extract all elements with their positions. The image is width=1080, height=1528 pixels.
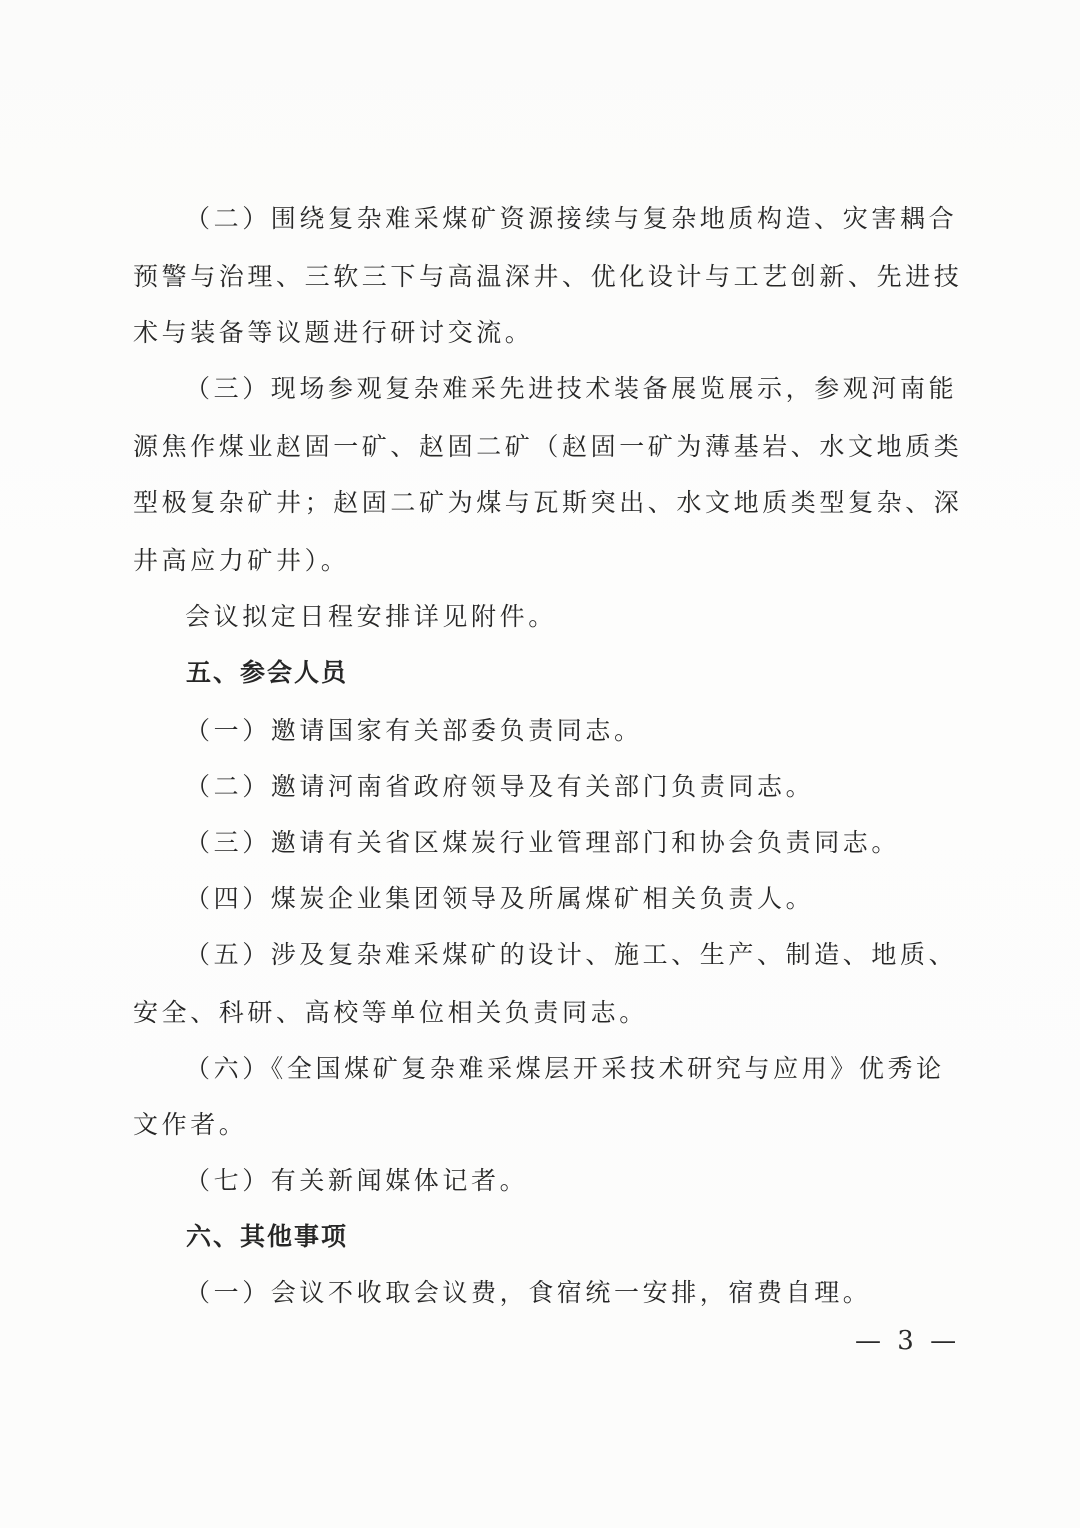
- attendee-item-6-line-1: （六）《全国煤矿复杂难采煤层开采技术研究与应用》优秀论: [185, 1054, 985, 1084]
- page-number: — 3 —: [855, 1326, 960, 1356]
- section-heading-attendees: 五、参会人员: [186, 658, 986, 688]
- attendee-item-4: （四）煤炭企业集团领导及所属煤矿相关负责人。: [185, 884, 985, 914]
- attendee-item-6-line-2: 文作者。: [133, 1110, 933, 1140]
- attendee-item-5-line-2: 安全、科研、高校等单位相关负责同志。: [133, 998, 933, 1028]
- attendee-item-5-line-1: （五）涉及复杂难采煤矿的设计、施工、生产、制造、地质、: [185, 940, 985, 970]
- paragraph-item-3-line-1: （三）现场参观复杂难采先进技术装备展览展示，参观河南能: [185, 374, 985, 404]
- paragraph-item-3-line-3: 型极复杂矿井；赵固二矿为煤与瓦斯突出、水文地质类型复杂、深: [133, 488, 933, 518]
- section-heading-other-matters: 六、其他事项: [186, 1222, 986, 1252]
- paragraph-item-3-line-2: 源焦作煤业赵固一矿、赵固二矿（赵固一矿为薄基岩、水文地质类: [133, 432, 933, 462]
- attendee-item-2: （二）邀请河南省政府领导及有关部门负责同志。: [185, 772, 985, 802]
- attendee-item-3: （三）邀请有关省区煤炭行业管理部门和协会负责同志。: [185, 828, 985, 858]
- other-matters-item-1: （一）会议不收取会议费，食宿统一安排，宿费自理。: [185, 1278, 985, 1308]
- schedule-note: 会议拟定日程安排详见附件。: [185, 602, 985, 632]
- document-page: （二）围绕复杂难采煤矿资源接续与复杂地质构造、灾害耦合 预警与治理、三软三下与高…: [0, 0, 1080, 1528]
- paragraph-item-3-line-4: 井高应力矿井）。: [133, 546, 933, 576]
- paragraph-item-2-line-2: 预警与治理、三软三下与高温深井、优化设计与工艺创新、先进技: [133, 262, 933, 292]
- paragraph-item-2-line-1: （二）围绕复杂难采煤矿资源接续与复杂地质构造、灾害耦合: [185, 204, 985, 234]
- attendee-item-1: （一）邀请国家有关部委负责同志。: [185, 716, 985, 746]
- attendee-item-7: （七）有关新闻媒体记者。: [185, 1166, 985, 1196]
- paragraph-item-2-line-3: 术与装备等议题进行研讨交流。: [133, 318, 933, 348]
